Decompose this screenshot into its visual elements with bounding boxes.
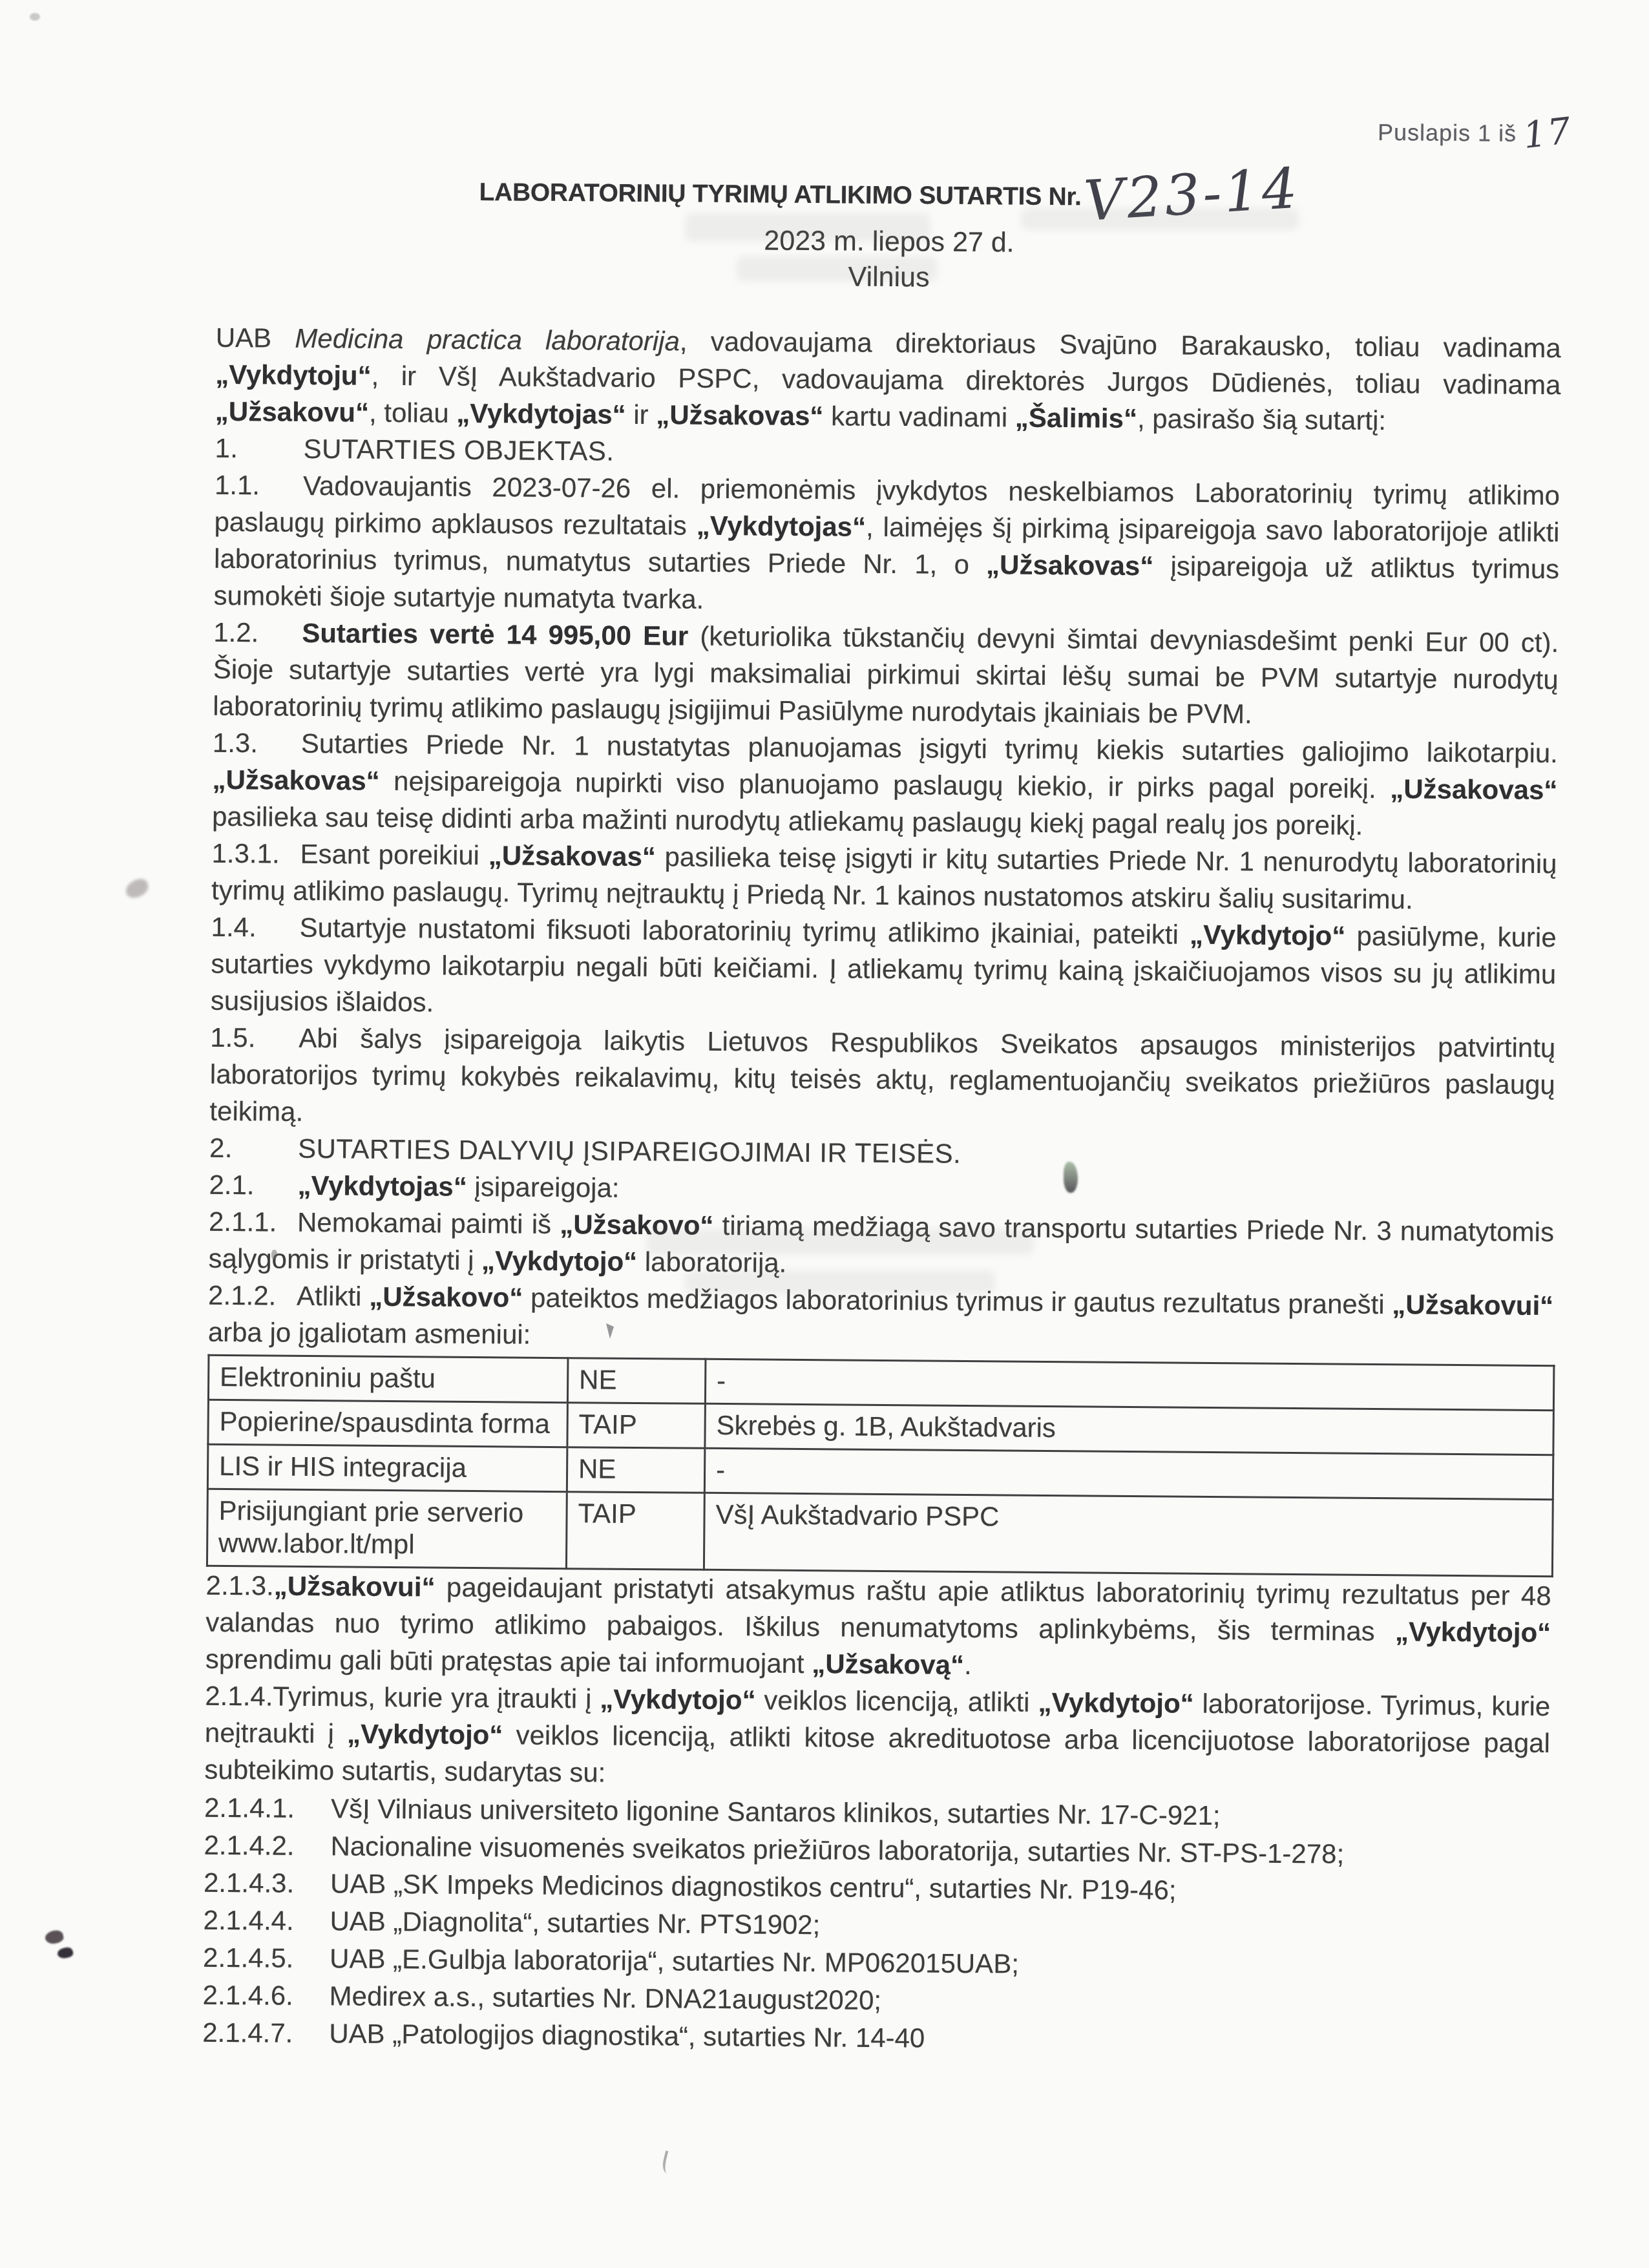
clause-2-1-4: 2.1.4.Tyrimus, kurie yra įtraukti į „Vyk… [204, 1677, 1550, 1798]
clause-text: „Užsakovui“ pageidaujant pristatyti atsa… [205, 1571, 1551, 1680]
answer-cell: NE [567, 1447, 705, 1493]
clause-text: Tyrimus, kurie yra įtraukti į „Vykdytojo… [204, 1681, 1550, 1788]
scanned-document-page: Puslapis 1 iš17 LABORATORINIŲ TYRIMŲ ATL… [0, 0, 1649, 2268]
item-text: Nacionaline visuomenės sveikatos priežiū… [330, 1831, 1344, 1869]
clause-1-2: 1.2.Sutarties vertė 14 995,00 Eur (ketur… [213, 614, 1559, 735]
clause-number: 1.1. [215, 467, 303, 504]
intro-paragraph: UAB Medicina practica laboratorija, vado… [215, 319, 1561, 440]
scan-speck [30, 13, 40, 21]
method-cell: Popierine/spausdinta forma [208, 1400, 568, 1447]
answer-cell: NE [567, 1358, 706, 1404]
document-sheet: Puslapis 1 iš17 LABORATORINIŲ TYRIMŲ ATL… [202, 0, 1564, 2062]
method-cell: Elektroniniu paštu [208, 1355, 568, 1402]
item-text: UAB „Diagnolita“, sutarties Nr. PTS1902; [330, 1906, 820, 1940]
clause-text: Sutartyje nustatomi fiksuoti laboratorin… [211, 912, 1557, 1018]
clause-number: 2.1.2. [208, 1277, 297, 1314]
details-cell: - [704, 1448, 1553, 1499]
scan-ink-mark [44, 1929, 65, 1946]
pagination-label: Puslapis 1 iš [1378, 119, 1517, 147]
clause-1-3-1: 1.3.1.Esant poreikiui „Užsakovas“ pasili… [211, 835, 1557, 919]
clause-number: 1.5. [210, 1019, 299, 1056]
clause-1-1: 1.1.Vadovaujantis 2023-07-26 el. priemon… [214, 467, 1560, 624]
details-cell: VšĮ Aukštadvario PSPC [704, 1493, 1553, 1576]
item-text: VšĮ Vilniaus universiteto ligonine Santa… [331, 1793, 1221, 1831]
item-number: 2.1.4.5. [203, 1939, 330, 1978]
pagination: Puslapis 1 iš17 [1378, 107, 1572, 151]
clause-text: Atlikti „Užsakovo“ pateiktos medžiagos l… [208, 1281, 1554, 1350]
method-cell: Prisijungiant prie serverio www.labor.lt… [207, 1489, 567, 1568]
item-text: UAB „Patologijos diagnostika“, sutarties… [329, 2018, 925, 2053]
details-cell: - [705, 1359, 1554, 1410]
section-title: SUTARTIES OBJEKTAS. [303, 434, 614, 467]
handwritten-contract-number: V23-14 [1082, 156, 1302, 233]
clause-number: 2.1. [209, 1166, 297, 1204]
section-title: SUTARTIES DALYVIŲ ĮSIPAREIGOJIMAI IR TEI… [298, 1133, 961, 1169]
document-city: Vilnius [216, 257, 1561, 299]
method-cell: LIS ir HIS integracija [207, 1444, 567, 1491]
subcontract-list: 2.1.4.1.VšĮ Vilniaus universiteto ligoni… [202, 1789, 1549, 2062]
clause-number: 1.3.1. [211, 835, 300, 872]
scan-smudge [123, 877, 151, 901]
clause-1-3: 1.3.Sutarties Priede Nr. 1 nustatytas pl… [212, 724, 1558, 845]
item-number: 2.1.4.2. [204, 1827, 330, 1865]
answer-cell: TAIP [566, 1492, 704, 1570]
section-number: 1. [215, 430, 303, 467]
clause-1-5: 1.5.Abi šalys įsipareigoja laikytis Liet… [209, 1019, 1555, 1140]
item-number: 2.1.4.3. [204, 1864, 330, 1903]
section-number: 2. [209, 1129, 298, 1167]
clause-1-4: 1.4.Sutartyje nustatomi fiksuoti laborat… [211, 908, 1557, 1029]
item-number: 2.1.4.6. [202, 1977, 329, 2015]
clause-text: Sutarties vertė 14 995,00 Eur (keturioli… [213, 618, 1559, 730]
item-number: 2.1.4.7. [202, 2014, 329, 2053]
item-number: 2.1.4.1. [204, 1789, 331, 1828]
details-cell: Skrebės g. 1B, Aukštadvaris [705, 1403, 1554, 1454]
clause-text: Sutarties Priede Nr. 1 nustatytas planuo… [212, 728, 1558, 841]
clause-number: 2.1.4. [205, 1681, 273, 1712]
clause-2-1-2: 2.1.2.Atlikti „Užsakovo“ pateiktos medži… [208, 1277, 1554, 1361]
clause-text: Esant poreikiui „Užsakovas“ pasilieka te… [211, 839, 1557, 915]
clause-text: Vadovaujantis 2023-07-26 el. priemonėmis… [214, 470, 1560, 614]
item-number: 2.1.4.4. [203, 1902, 330, 1940]
handwritten-page-total: 17 [1521, 110, 1574, 157]
clause-text: „Vykdytojas“ įsipareigoja: [297, 1170, 619, 1203]
item-text: UAB „E.Gulbja laboratorija“, sutarties N… [330, 1943, 1019, 1979]
clause-text: Abi šalys įsipareigoja laikytis Lietuvos… [209, 1023, 1555, 1127]
item-text: Medirex a.s., sutarties Nr. DNA21august2… [330, 1980, 882, 2015]
clause-number: 2.1.1. [209, 1203, 297, 1241]
document-title-text: LABORATORINIŲ TYRIMŲ ATLIKIMO SUTARTIS N… [479, 178, 1081, 211]
table-row: Prisijungiant prie serverio www.labor.lt… [207, 1489, 1553, 1576]
clause-2-1-1: 2.1.1.Nemokamai paimti iš „Užsakovo“ tir… [208, 1203, 1554, 1287]
clause-number: 2.1.3. [206, 1570, 274, 1601]
clause-number: 1.3. [213, 724, 301, 762]
scan-pen-tick [660, 2150, 677, 2174]
clause-number: 1.4. [211, 908, 299, 946]
document-title: LABORATORINIŲ TYRIMŲ ATLIKIMO SUTARTIS N… [216, 147, 1562, 222]
clause-number: 1.2. [213, 614, 302, 651]
clause-text: Nemokamai paimti iš „Užsakovo“ tiriamą m… [208, 1207, 1554, 1278]
results-delivery-table: Elektroniniu paštu NE - Popierine/spausd… [206, 1354, 1555, 1577]
item-text: UAB „SK Impeks Medicinos diagnostikos ce… [330, 1868, 1177, 1905]
answer-cell: TAIP [567, 1403, 706, 1449]
document-date: 2023 m. liepos 27 d. [216, 221, 1562, 263]
clause-2-1-3: 2.1.3.„Užsakovui“ pageidaujant pristatyt… [205, 1567, 1551, 1688]
